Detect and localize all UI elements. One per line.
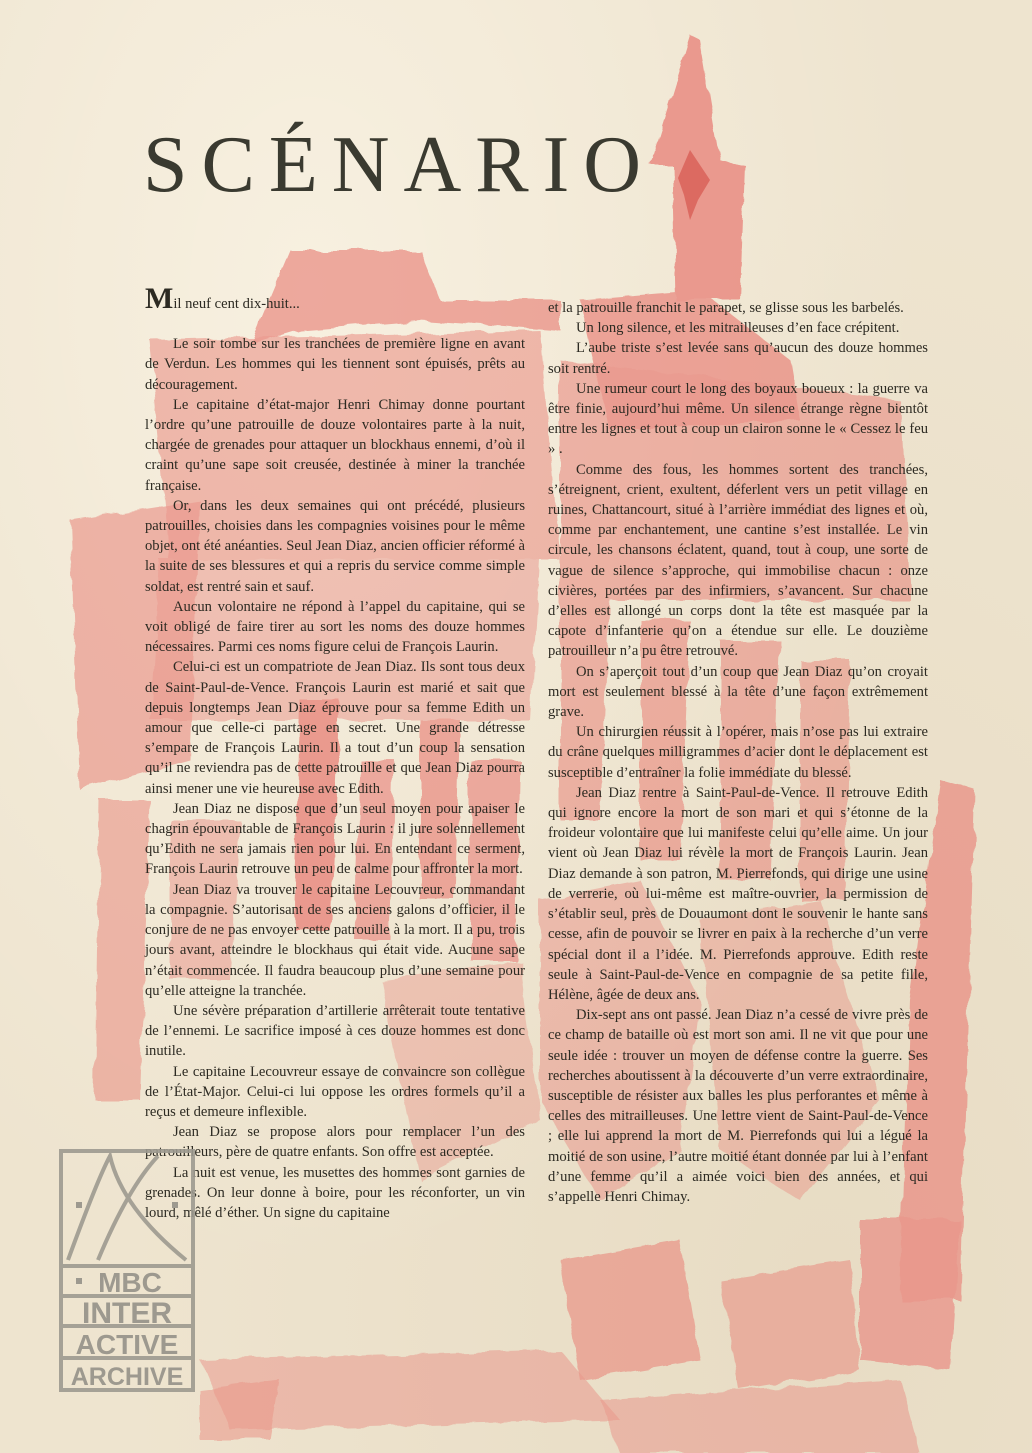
paragraph: Un chirurgien réussit à l’opérer, mais n…	[548, 722, 928, 783]
paragraph: Le capitaine d’état-major Henri Chimay d…	[145, 395, 525, 496]
paragraph: Le capitaine Lecouvreur essaye de convai…	[145, 1062, 525, 1123]
paragraph: Jean Diaz rentre à Saint-Paul-de-Vence. …	[548, 783, 928, 1005]
drop-cap: M	[145, 282, 173, 315]
paragraph: Celui-ci est un compatriote de Jean Diaz…	[145, 657, 525, 798]
paragraph-continuation: et la patrouille franchit le parapet, se…	[548, 298, 928, 318]
paragraph: Dix-sept ans ont passé. Jean Diaz n’a ce…	[548, 1005, 928, 1207]
paragraph: Jean Diaz se propose alors pour remplace…	[145, 1122, 525, 1162]
lead-line: Mil neuf cent dix-huit...	[145, 284, 525, 314]
archive-watermark-logo: MBC INTER ACTIVE ARCHIVE	[58, 1148, 196, 1393]
watermark-line-archive: ARCHIVE	[71, 1363, 184, 1391]
paragraph: Aucun volontaire ne répond à l’appel du …	[145, 597, 525, 658]
paragraph: Une rumeur court le long des boyaux boue…	[548, 379, 928, 460]
paragraph: Or, dans les deux semaines qui ont précé…	[145, 496, 525, 597]
watermark-line-active: ACTIVE	[76, 1329, 179, 1360]
left-column: Mil neuf cent dix-huit... Le soir tombe …	[145, 284, 525, 1223]
paragraph: Comme des fous, les hommes sortent des t…	[548, 460, 928, 662]
paragraph: Le soir tombe sur les tranchées de premi…	[145, 334, 525, 395]
paragraph: Jean Diaz ne dispose que d’un seul moyen…	[145, 799, 525, 880]
watermark-line-mbc: MBC	[98, 1267, 162, 1298]
lead-text: il neuf cent dix-huit...	[173, 296, 299, 312]
paragraph: On s’aperçoit tout d’un coup que Jean Di…	[548, 662, 928, 723]
watermark-line-inter: INTER	[82, 1297, 172, 1330]
paragraph: Une sévère préparation d’artillerie arrê…	[145, 1001, 525, 1062]
paragraph: L’aube triste s’est levée sans qu’aucun …	[548, 338, 928, 378]
paragraph: La nuit est venue, les musettes des homm…	[145, 1163, 525, 1224]
right-column: et la patrouille franchit le parapet, se…	[548, 298, 928, 1207]
paragraph: Un long silence, et les mitrailleuses d’…	[548, 318, 928, 338]
paragraph: Jean Diaz va trouver le capitaine Lecouv…	[145, 880, 525, 1001]
page-title: SCÉNARIO	[143, 125, 655, 205]
